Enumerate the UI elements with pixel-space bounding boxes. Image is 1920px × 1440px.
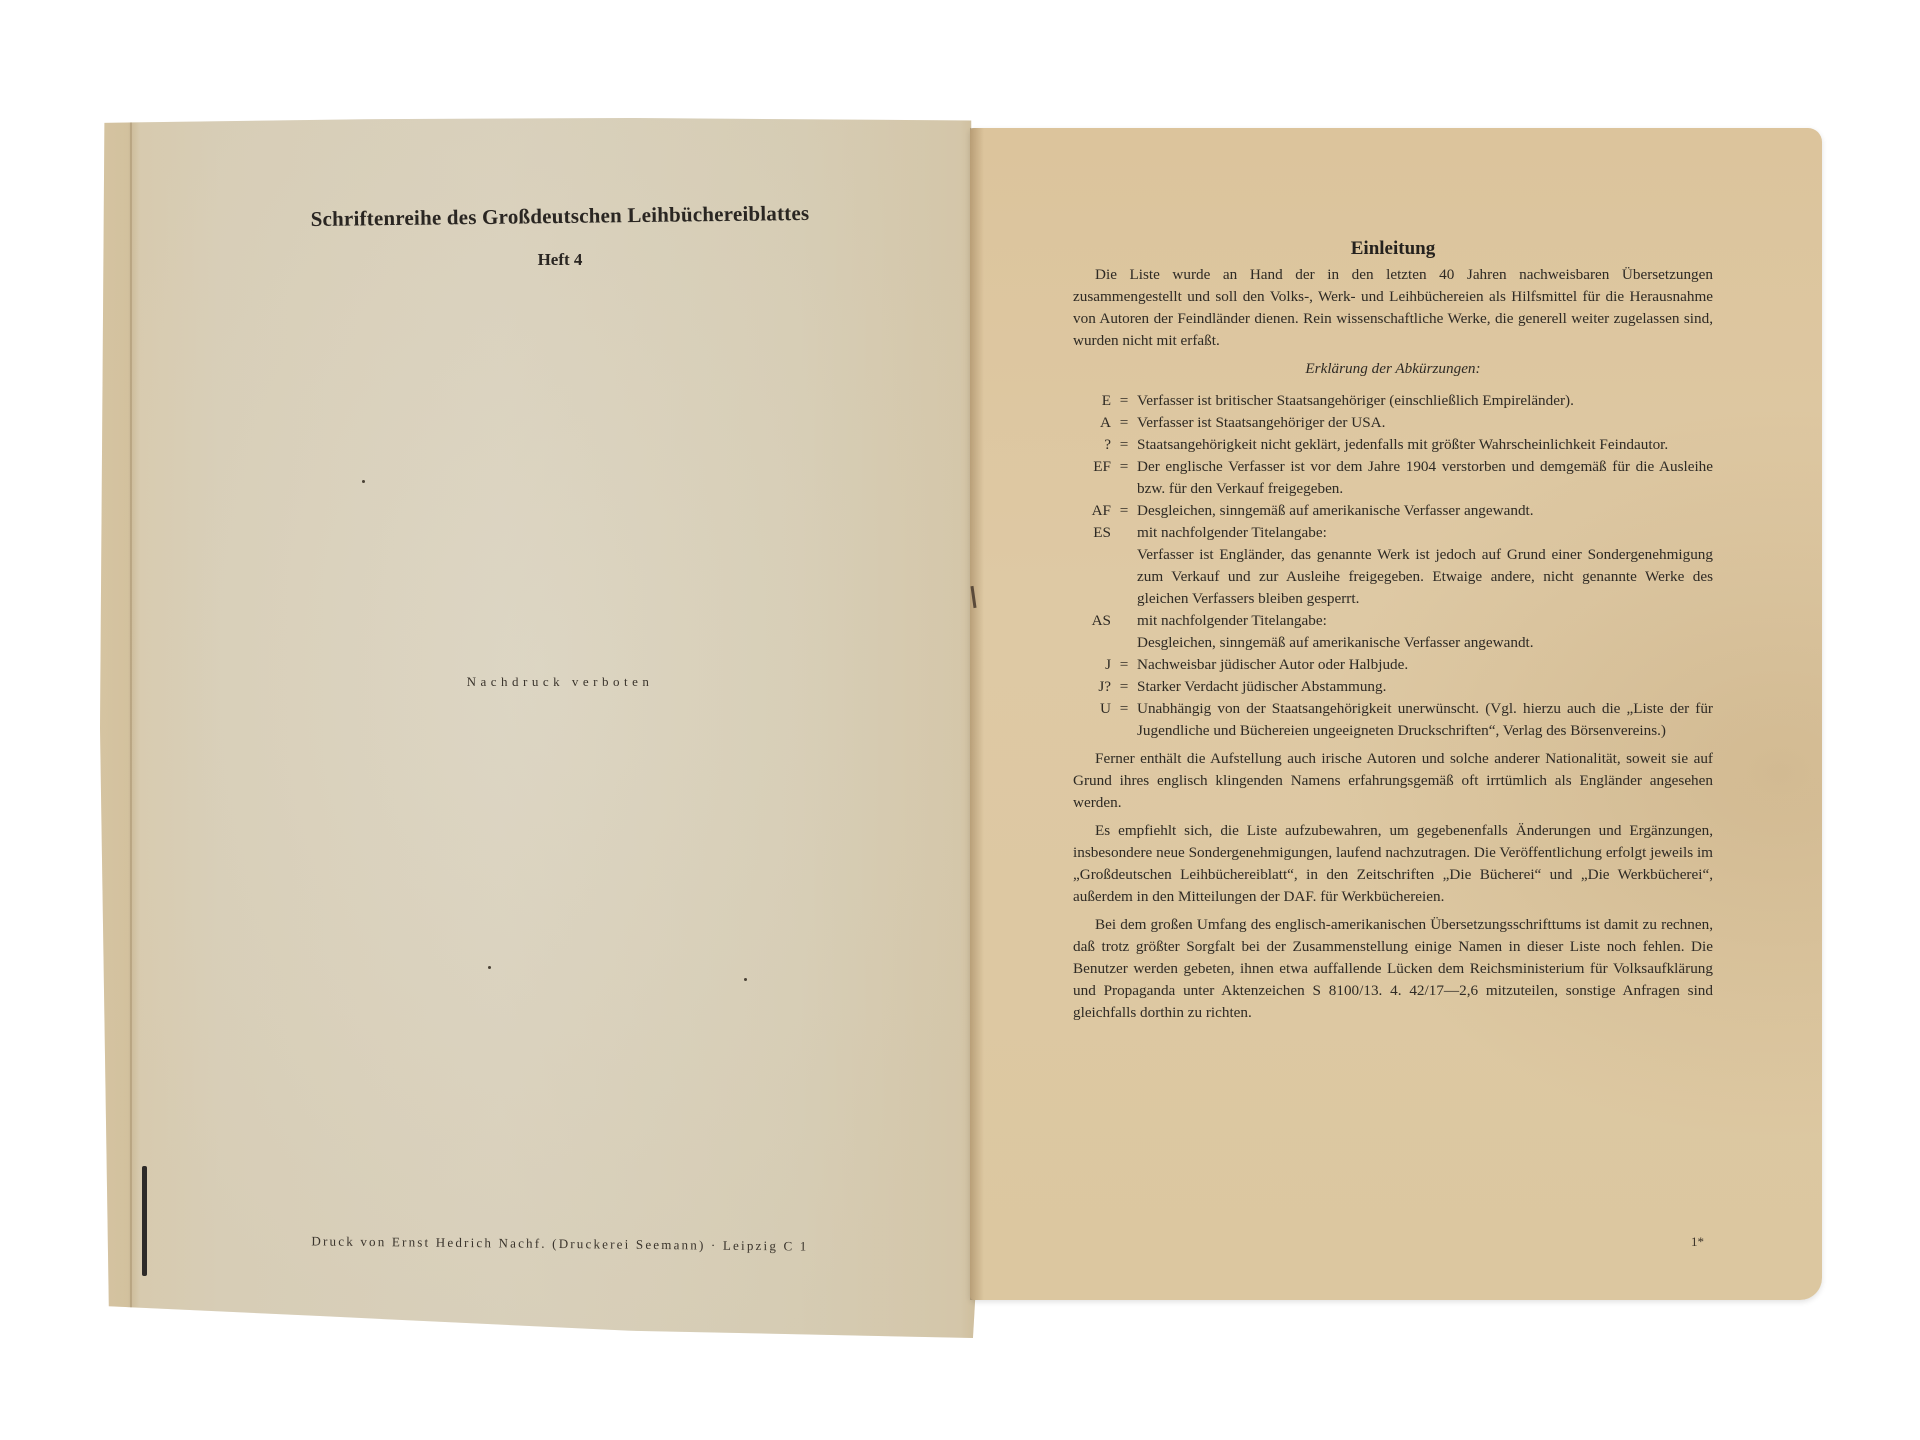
abbreviation-code: J bbox=[1073, 654, 1111, 676]
open-booklet: Schriftenreihe des Großdeutschen Leihbüc… bbox=[0, 0, 1920, 1440]
spine-tape-mark bbox=[142, 1166, 147, 1276]
series-title: Schriftenreihe des Großdeutschen Leihbüc… bbox=[280, 201, 840, 233]
equals-sign: = bbox=[1111, 456, 1137, 478]
abbreviation-code: AF bbox=[1073, 500, 1111, 522]
abbreviation-item: J = Nachweisbar jüdischer Autor oder Hal… bbox=[1073, 654, 1713, 676]
issue-number: Heft 4 bbox=[280, 250, 840, 270]
abbreviation-lead: mit nachfolgender Titelangabe: bbox=[1137, 610, 1713, 632]
abbreviation-detail: Desgleichen, sinngemäß auf amerikanische… bbox=[1137, 632, 1713, 654]
abbreviation-item: AS mit nachfolgender Titelangabe: Desgle… bbox=[1073, 610, 1713, 654]
abbreviation-definition: Starker Verdacht jüdischer Abstammung. bbox=[1137, 676, 1713, 698]
abbreviation-definition: mit nachfolgender Titelangabe: Verfasser… bbox=[1137, 522, 1713, 610]
abbreviation-item: AF = Desgleichen, sinngemäß auf amerikan… bbox=[1073, 500, 1713, 522]
abbreviation-definition: Verfasser ist britischer Staatsangehörig… bbox=[1137, 390, 1713, 412]
reprint-notice: Nachdruck verboten bbox=[280, 674, 840, 690]
abbreviation-item: E = Verfasser ist britischer Staatsangeh… bbox=[1073, 390, 1713, 412]
paragraph-missing-names: Bei dem großen Umfang des englisch-ameri… bbox=[1073, 914, 1713, 1024]
abbreviations-heading: Erklärung der Abkürzungen: bbox=[1073, 358, 1713, 380]
equals-sign: = bbox=[1111, 676, 1137, 698]
equals-sign: = bbox=[1111, 390, 1137, 412]
abbreviation-item: EF = Der englische Verfasser ist vor dem… bbox=[1073, 456, 1713, 500]
abbreviation-definition: Verfasser ist Staatsangehöriger der USA. bbox=[1137, 412, 1713, 434]
abbreviation-code: AS bbox=[1073, 610, 1111, 632]
left-page: Schriftenreihe des Großdeutschen Leihbüc… bbox=[100, 118, 980, 1338]
abbreviation-code: E bbox=[1073, 390, 1111, 412]
page-heading: Einleitung bbox=[1073, 238, 1713, 260]
paragraph-irish-authors: Ferner enthält die Aufstellung auch iris… bbox=[1073, 748, 1713, 814]
gutter-shadow bbox=[970, 128, 984, 1300]
abbreviation-code: ? bbox=[1073, 434, 1111, 456]
abbreviation-item: ? = Staatsangehörigkeit nicht geklärt, j… bbox=[1073, 434, 1713, 456]
abbreviation-item: ES mit nachfolgender Titelangabe: Verfas… bbox=[1073, 522, 1713, 610]
abbreviation-item: A = Verfasser ist Staatsangehöriger der … bbox=[1073, 412, 1713, 434]
paper-speck bbox=[744, 978, 747, 981]
abbreviation-lead: mit nachfolgender Titelangabe: bbox=[1137, 522, 1713, 544]
paper-speck bbox=[488, 966, 491, 969]
abbreviation-code: U bbox=[1073, 698, 1111, 720]
abbreviation-definition: Nachweisbar jüdischer Autor oder Halbjud… bbox=[1137, 654, 1713, 676]
abbreviation-code: A bbox=[1073, 412, 1111, 434]
equals-sign: = bbox=[1111, 412, 1137, 434]
equals-sign: = bbox=[1111, 434, 1137, 456]
introduction-section: Einleitung Die Liste wurde an Hand der i… bbox=[1073, 238, 1713, 1030]
equals-sign: = bbox=[1111, 654, 1137, 676]
abbreviations-list: E = Verfasser ist britischer Staatsangeh… bbox=[1073, 390, 1713, 742]
abbreviation-code: ES bbox=[1073, 522, 1111, 544]
abbreviation-definition: Der englische Verfasser ist vor dem Jahr… bbox=[1137, 456, 1713, 500]
paper-speck bbox=[362, 480, 365, 483]
abbreviation-item: U = Unabhängig von der Staatsangehörigke… bbox=[1073, 698, 1713, 742]
printer-imprint: Druck von Ernst Hedrich Nachf. (Druckere… bbox=[220, 1232, 900, 1255]
abbreviation-item: J? = Starker Verdacht jüdischer Abstammu… bbox=[1073, 676, 1713, 698]
abbreviation-code: J? bbox=[1073, 676, 1111, 698]
abbreviation-definition: Desgleichen, sinngemäß auf amerikanische… bbox=[1137, 500, 1713, 522]
abbreviation-definition: mit nachfolgender Titelangabe: Desgleich… bbox=[1137, 610, 1713, 654]
equals-sign: = bbox=[1111, 500, 1137, 522]
abbreviation-code: EF bbox=[1073, 456, 1111, 478]
right-page: Einleitung Die Liste wurde an Hand der i… bbox=[970, 128, 1822, 1300]
page-number: 1* bbox=[1691, 1234, 1704, 1250]
equals-sign: = bbox=[1111, 698, 1137, 720]
abbreviation-definition: Staatsangehörigkeit nicht geklärt, jeden… bbox=[1137, 434, 1713, 456]
abbreviation-definition: Unabhängig von der Staatsangehörigkeit u… bbox=[1137, 698, 1713, 742]
abbreviation-detail: Verfasser ist Engländer, das genannte We… bbox=[1137, 544, 1713, 610]
paragraph-updates: Es empfiehlt sich, die Liste aufzubewahr… bbox=[1073, 820, 1713, 908]
intro-paragraph: Die Liste wurde an Hand der in den letzt… bbox=[1073, 264, 1713, 352]
spine-fold bbox=[130, 118, 132, 1338]
